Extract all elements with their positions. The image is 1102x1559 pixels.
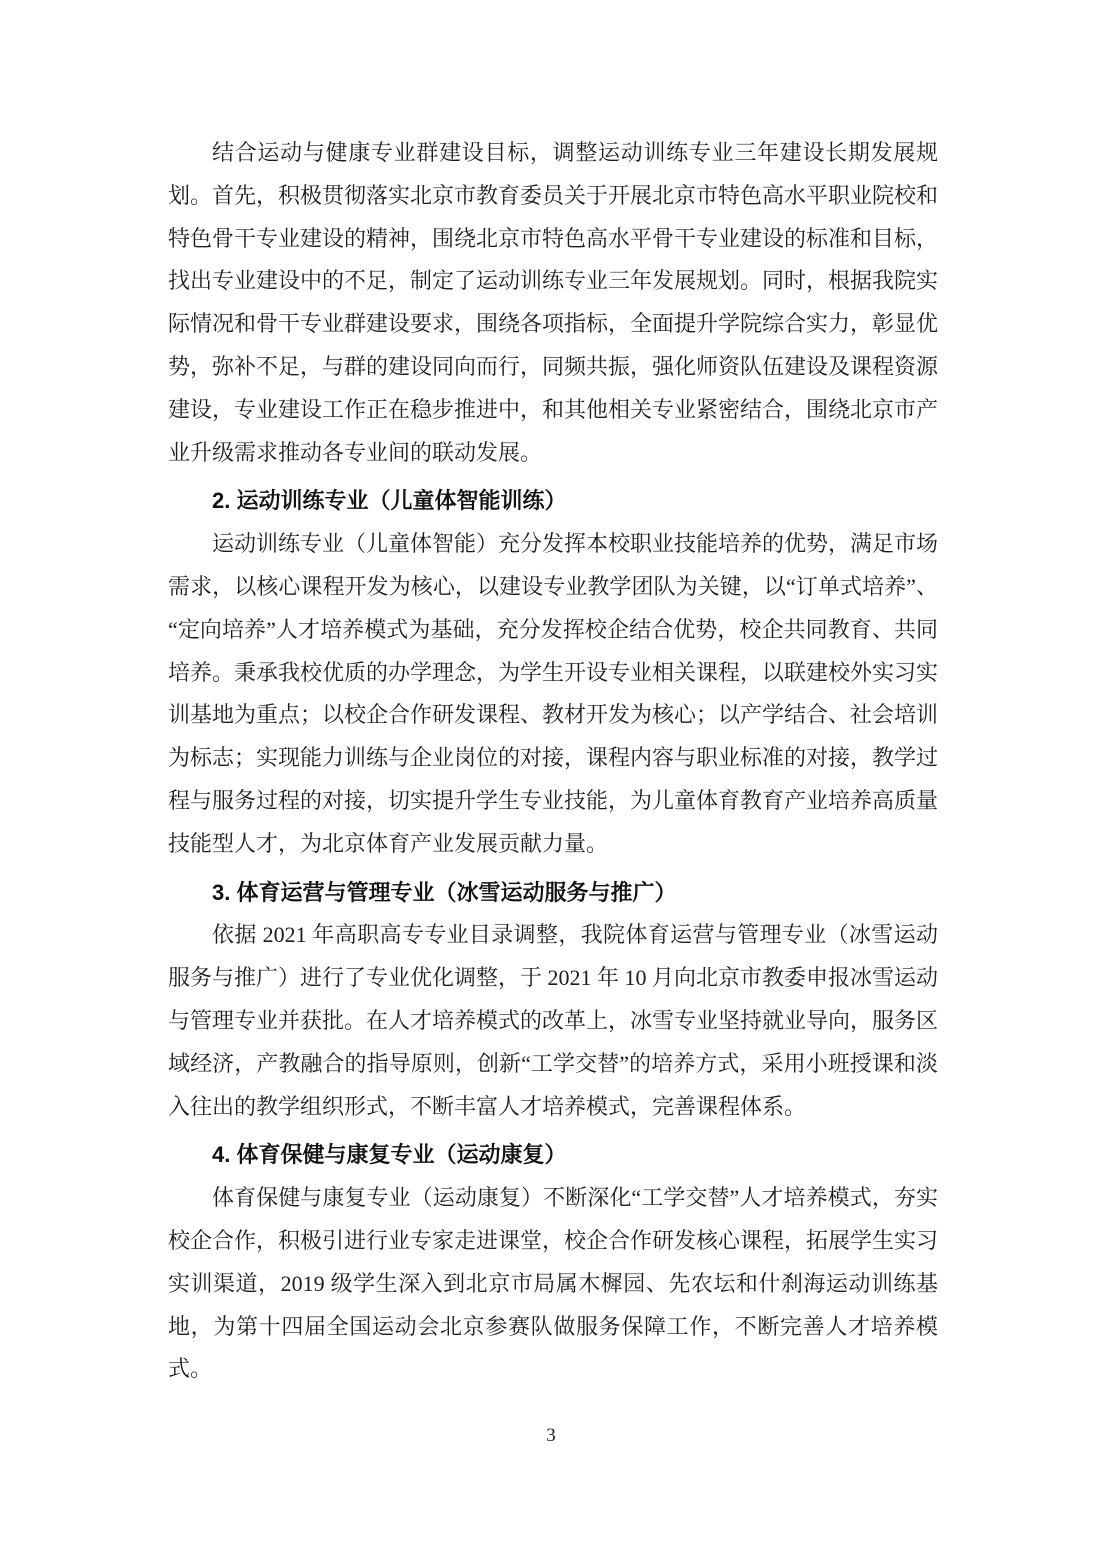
section-heading: 2. 运动训练专业（儿童体智能训练） bbox=[168, 480, 938, 523]
paragraph: 体育保健与康复专业（运动康复）不断深化“工学交替”人才培养模式，夯实校企合作，积… bbox=[168, 1177, 938, 1391]
paragraph: 结合运动与健康专业群建设目标，调整运动训练专业三年建设长期发展规划。首先，积极贯… bbox=[168, 132, 938, 474]
document-page: 结合运动与健康专业群建设目标，调整运动训练专业三年建设长期发展规划。首先，积极贯… bbox=[0, 0, 1102, 1559]
section-heading: 3. 体育运营与管理专业（冰雪运动服务与推广） bbox=[168, 872, 938, 915]
page-number: 3 bbox=[0, 1424, 1102, 1448]
document-body: 结合运动与健康专业群建设目标，调整运动训练专业三年建设长期发展规划。首先，积极贯… bbox=[168, 0, 938, 1391]
paragraph: 运动训练专业（儿童体智能）充分发挥本校职业技能培养的优势，满足市场需求，以核心课… bbox=[168, 523, 938, 865]
paragraph: 依据 2021 年高职高专专业目录调整，我院体育运营与管理专业（冰雪运动服务与推… bbox=[168, 914, 938, 1128]
section-heading: 4. 体育保健与康复专业（运动康复） bbox=[168, 1134, 938, 1177]
